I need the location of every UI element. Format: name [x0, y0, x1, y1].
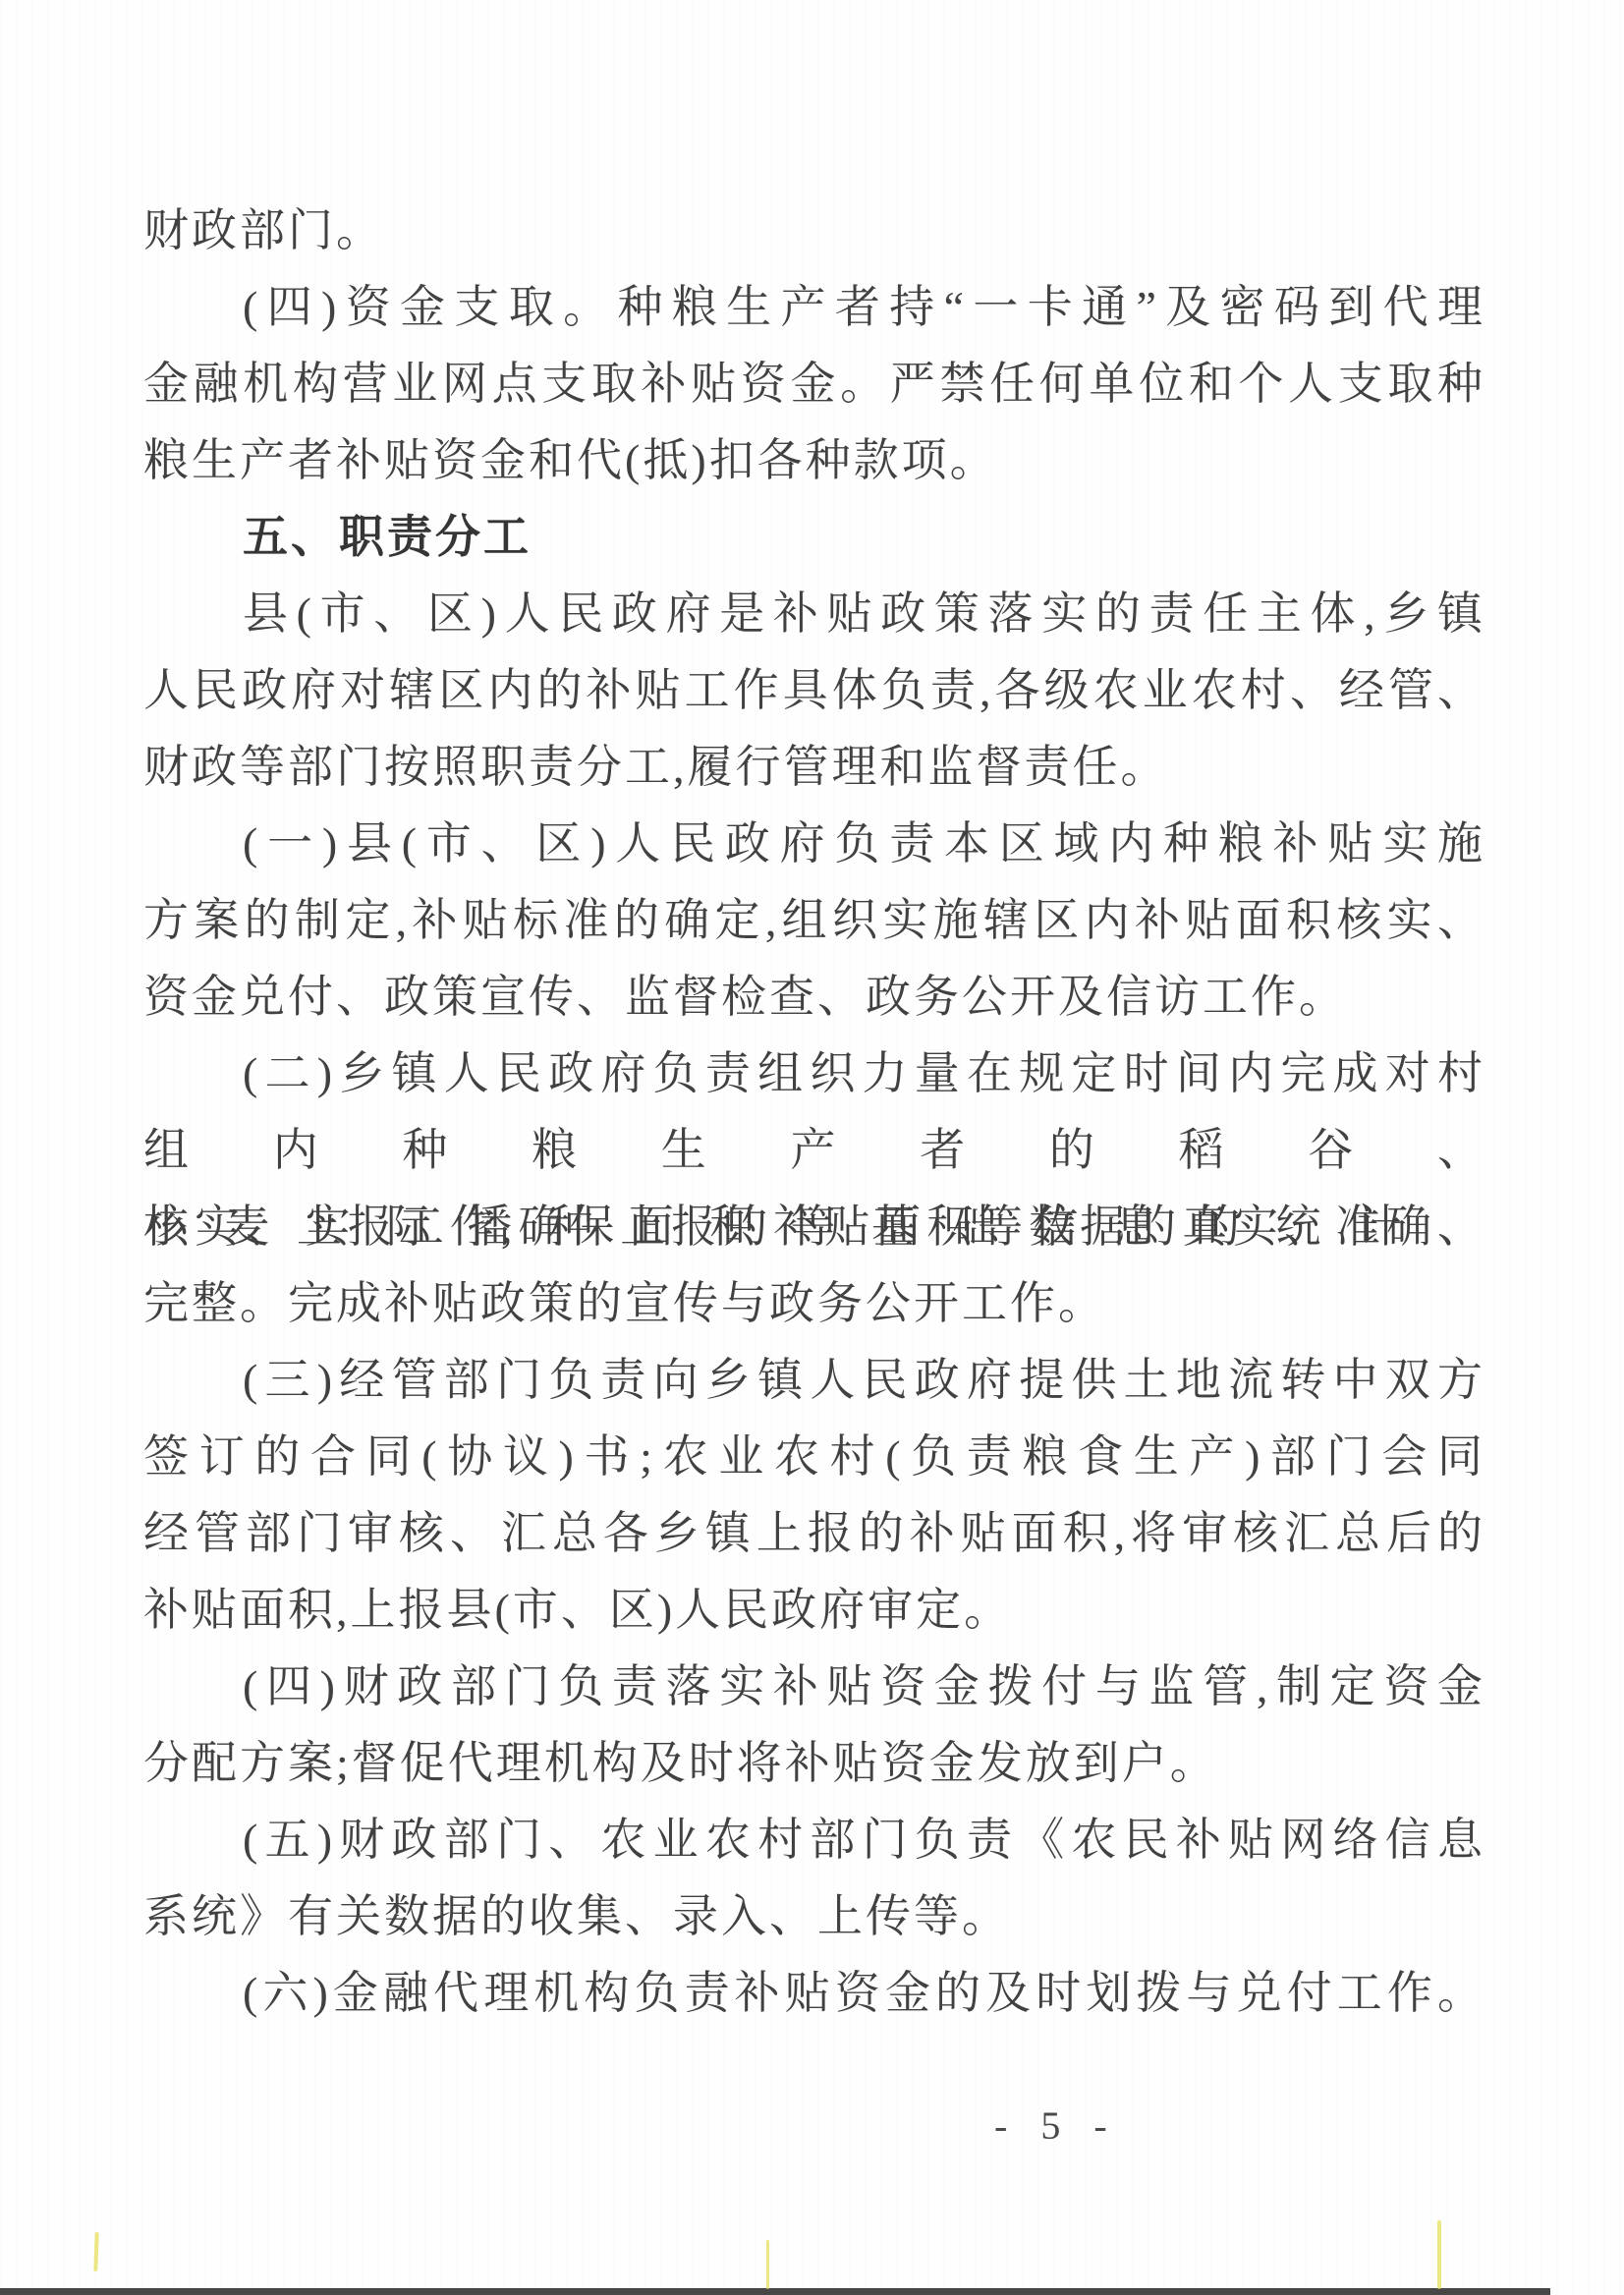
text-line: 财政等部门按照职责分工,履行管理和监督责任。: [143, 729, 1485, 806]
scan-artifact-yellow-mark: [766, 2240, 769, 2289]
text-line: 核实、上报工作,确保上报的补贴面积等数据的真实、准确、: [143, 1189, 1485, 1265]
text-line: (二)乡镇人民政府负责组织力量在规定时间内完成对村: [143, 1036, 1485, 1112]
text-line: 财政部门。: [143, 193, 1485, 269]
text-line: 补贴面积,上报县(市、区)人民政府审定。: [143, 1572, 1485, 1649]
text-line: 县(市、区)人民政府是补贴政策落实的责任主体,乡镇: [143, 576, 1485, 652]
text-line: (三)经管部门负责向乡镇人民政府提供土地流转中双方: [143, 1342, 1485, 1419]
text-line: (五)财政部门、农业农村部门负责《农民补贴网络信息: [143, 1802, 1485, 1878]
document-page: 财政部门。 (四)资金支取。种粮生产者持“一卡通”及密码到代理 金融机构营业网点…: [0, 0, 1624, 2295]
text-line: 资金兑付、政策宣传、监督检查、政务公开及信访工作。: [143, 959, 1485, 1036]
text-line: (六)金融代理机构负责补贴资金的及时划拨与兑付工作。: [143, 1955, 1485, 2032]
text-line: 组内种粮生产者的稻谷、小麦实际播种面积等基础信息的统计、: [143, 1112, 1485, 1189]
text-line: (四)财政部门负责落实补贴资金拨付与监管,制定资金: [143, 1649, 1485, 1725]
text-line: 人民政府对辖区内的补贴工作具体负责,各级农业农村、经管、: [143, 652, 1485, 729]
text-line: 方案的制定,补贴标准的确定,组织实施辖区内补贴面积核实、: [143, 882, 1485, 959]
text-line: (四)资金支取。种粮生产者持“一卡通”及密码到代理: [143, 269, 1485, 346]
scan-artifact-yellow-mark: [1437, 2220, 1441, 2289]
text-line: (一)县(市、区)人民政府负责本区域内种粮补贴实施: [143, 806, 1485, 882]
document-body: 财政部门。 (四)资金支取。种粮生产者持“一卡通”及密码到代理 金融机构营业网点…: [143, 193, 1485, 2032]
text-line: 金融机构营业网点支取补贴资金。严禁任何单位和个人支取种: [143, 346, 1485, 422]
text-line: 系统》有关数据的收集、录入、上传等。: [143, 1878, 1485, 1955]
scan-artifact-bottom-edge: [0, 2288, 1550, 2295]
text-line: 经管部门审核、汇总各乡镇上报的补贴面积,将审核汇总后的: [143, 1495, 1485, 1572]
text-line: 完整。完成补贴政策的宣传与政务公开工作。: [143, 1265, 1485, 1342]
text-line: 粮生产者补贴资金和代(抵)扣各种款项。: [143, 422, 1485, 499]
text-line: 签订的合同(协议)书;农业农村(负责粮食生产)部门会同: [143, 1419, 1485, 1495]
section-heading: 五、职责分工: [143, 499, 1485, 576]
text-line: 分配方案;督促代理机构及时将补贴资金发放到户。: [143, 1725, 1485, 1802]
page-number: - 5 -: [994, 2087, 1119, 2165]
scan-artifact-yellow-mark: [93, 2232, 98, 2271]
